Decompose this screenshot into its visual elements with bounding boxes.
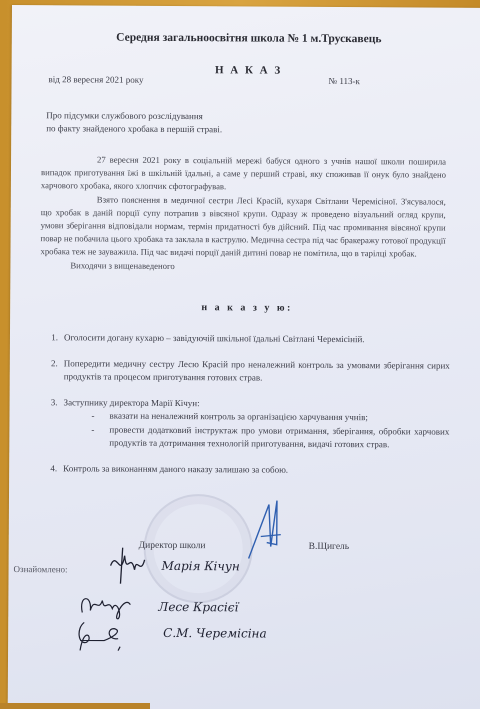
subject-line-1: Про підсумки службового розслідування xyxy=(46,109,222,123)
table-surface xyxy=(0,703,150,709)
decree-item-3: 3. Заступнику директора Марії Кічун: - в… xyxy=(39,396,449,453)
item-number: 1. xyxy=(40,331,64,345)
director-signature-icon xyxy=(247,496,287,566)
subitem-2: - провести додатковий інструктаж про умо… xyxy=(39,423,449,453)
paragraph-investigation: Взято пояснення в медичної сестри Лесі К… xyxy=(40,193,445,261)
signature-kichun-icon xyxy=(108,546,148,586)
order-number: № 113-к xyxy=(329,76,360,86)
paragraph-basis: Виходячи з вищенаведеного xyxy=(40,259,445,275)
item-text: Оголосити догану кухарю – завідуючій шкі… xyxy=(64,331,450,347)
item-text: Контроль за виконанням даного наказу зал… xyxy=(63,462,449,478)
decree-list: 1. Оголосити догану кухарю – завідуючій … xyxy=(39,331,450,490)
order-document: Середня загальноосвітня школа № 1 м.Трус… xyxy=(8,5,480,709)
acquainted-label: Ознайомлено: xyxy=(14,564,68,574)
subitem-text: провести додатковий інструктаж про умови… xyxy=(109,423,449,452)
signature-krasii-icon xyxy=(78,590,138,620)
order-date: від 28 вересня 2021 року xyxy=(49,74,144,85)
subitem-dash: - xyxy=(39,423,109,450)
item-text: Попередити медичну сестру Лесю Красій пр… xyxy=(64,357,450,386)
paragraph-incident: 27 вересня 2021 року в соціальній мережі… xyxy=(41,153,446,195)
director-name: В.Щигель xyxy=(309,542,350,552)
handwritten-name-1: Марія Кічун xyxy=(162,559,240,573)
decree-heading: н а к а з у ю: xyxy=(10,301,480,315)
order-body: 27 вересня 2021 року в соціальній мережі… xyxy=(40,153,446,274)
decree-item-2: 2. Попередити медичну сестру Лесю Красій… xyxy=(40,357,450,387)
order-subject: Про підсумки службового розслідування по… xyxy=(46,109,222,136)
item-number: 3. xyxy=(40,396,64,410)
handwritten-name-2: Лесе Красієї xyxy=(158,600,238,614)
school-name: Середня загальноосвітня школа № 1 м.Трус… xyxy=(12,31,480,46)
handwritten-name-3: С.М. Черемісіна xyxy=(163,626,267,641)
signature-cheremisina-icon xyxy=(74,618,134,654)
item-number: 2. xyxy=(40,357,64,384)
subitem-dash: - xyxy=(39,409,109,423)
decree-item-4: 4. Контроль за виконанням даного наказу … xyxy=(39,462,449,478)
subject-line-2: по факту знайденого хробака в першій стр… xyxy=(46,122,222,136)
decree-item-1: 1. Оголосити догану кухарю – завідуючій … xyxy=(40,331,450,347)
item-number: 4. xyxy=(39,462,63,476)
